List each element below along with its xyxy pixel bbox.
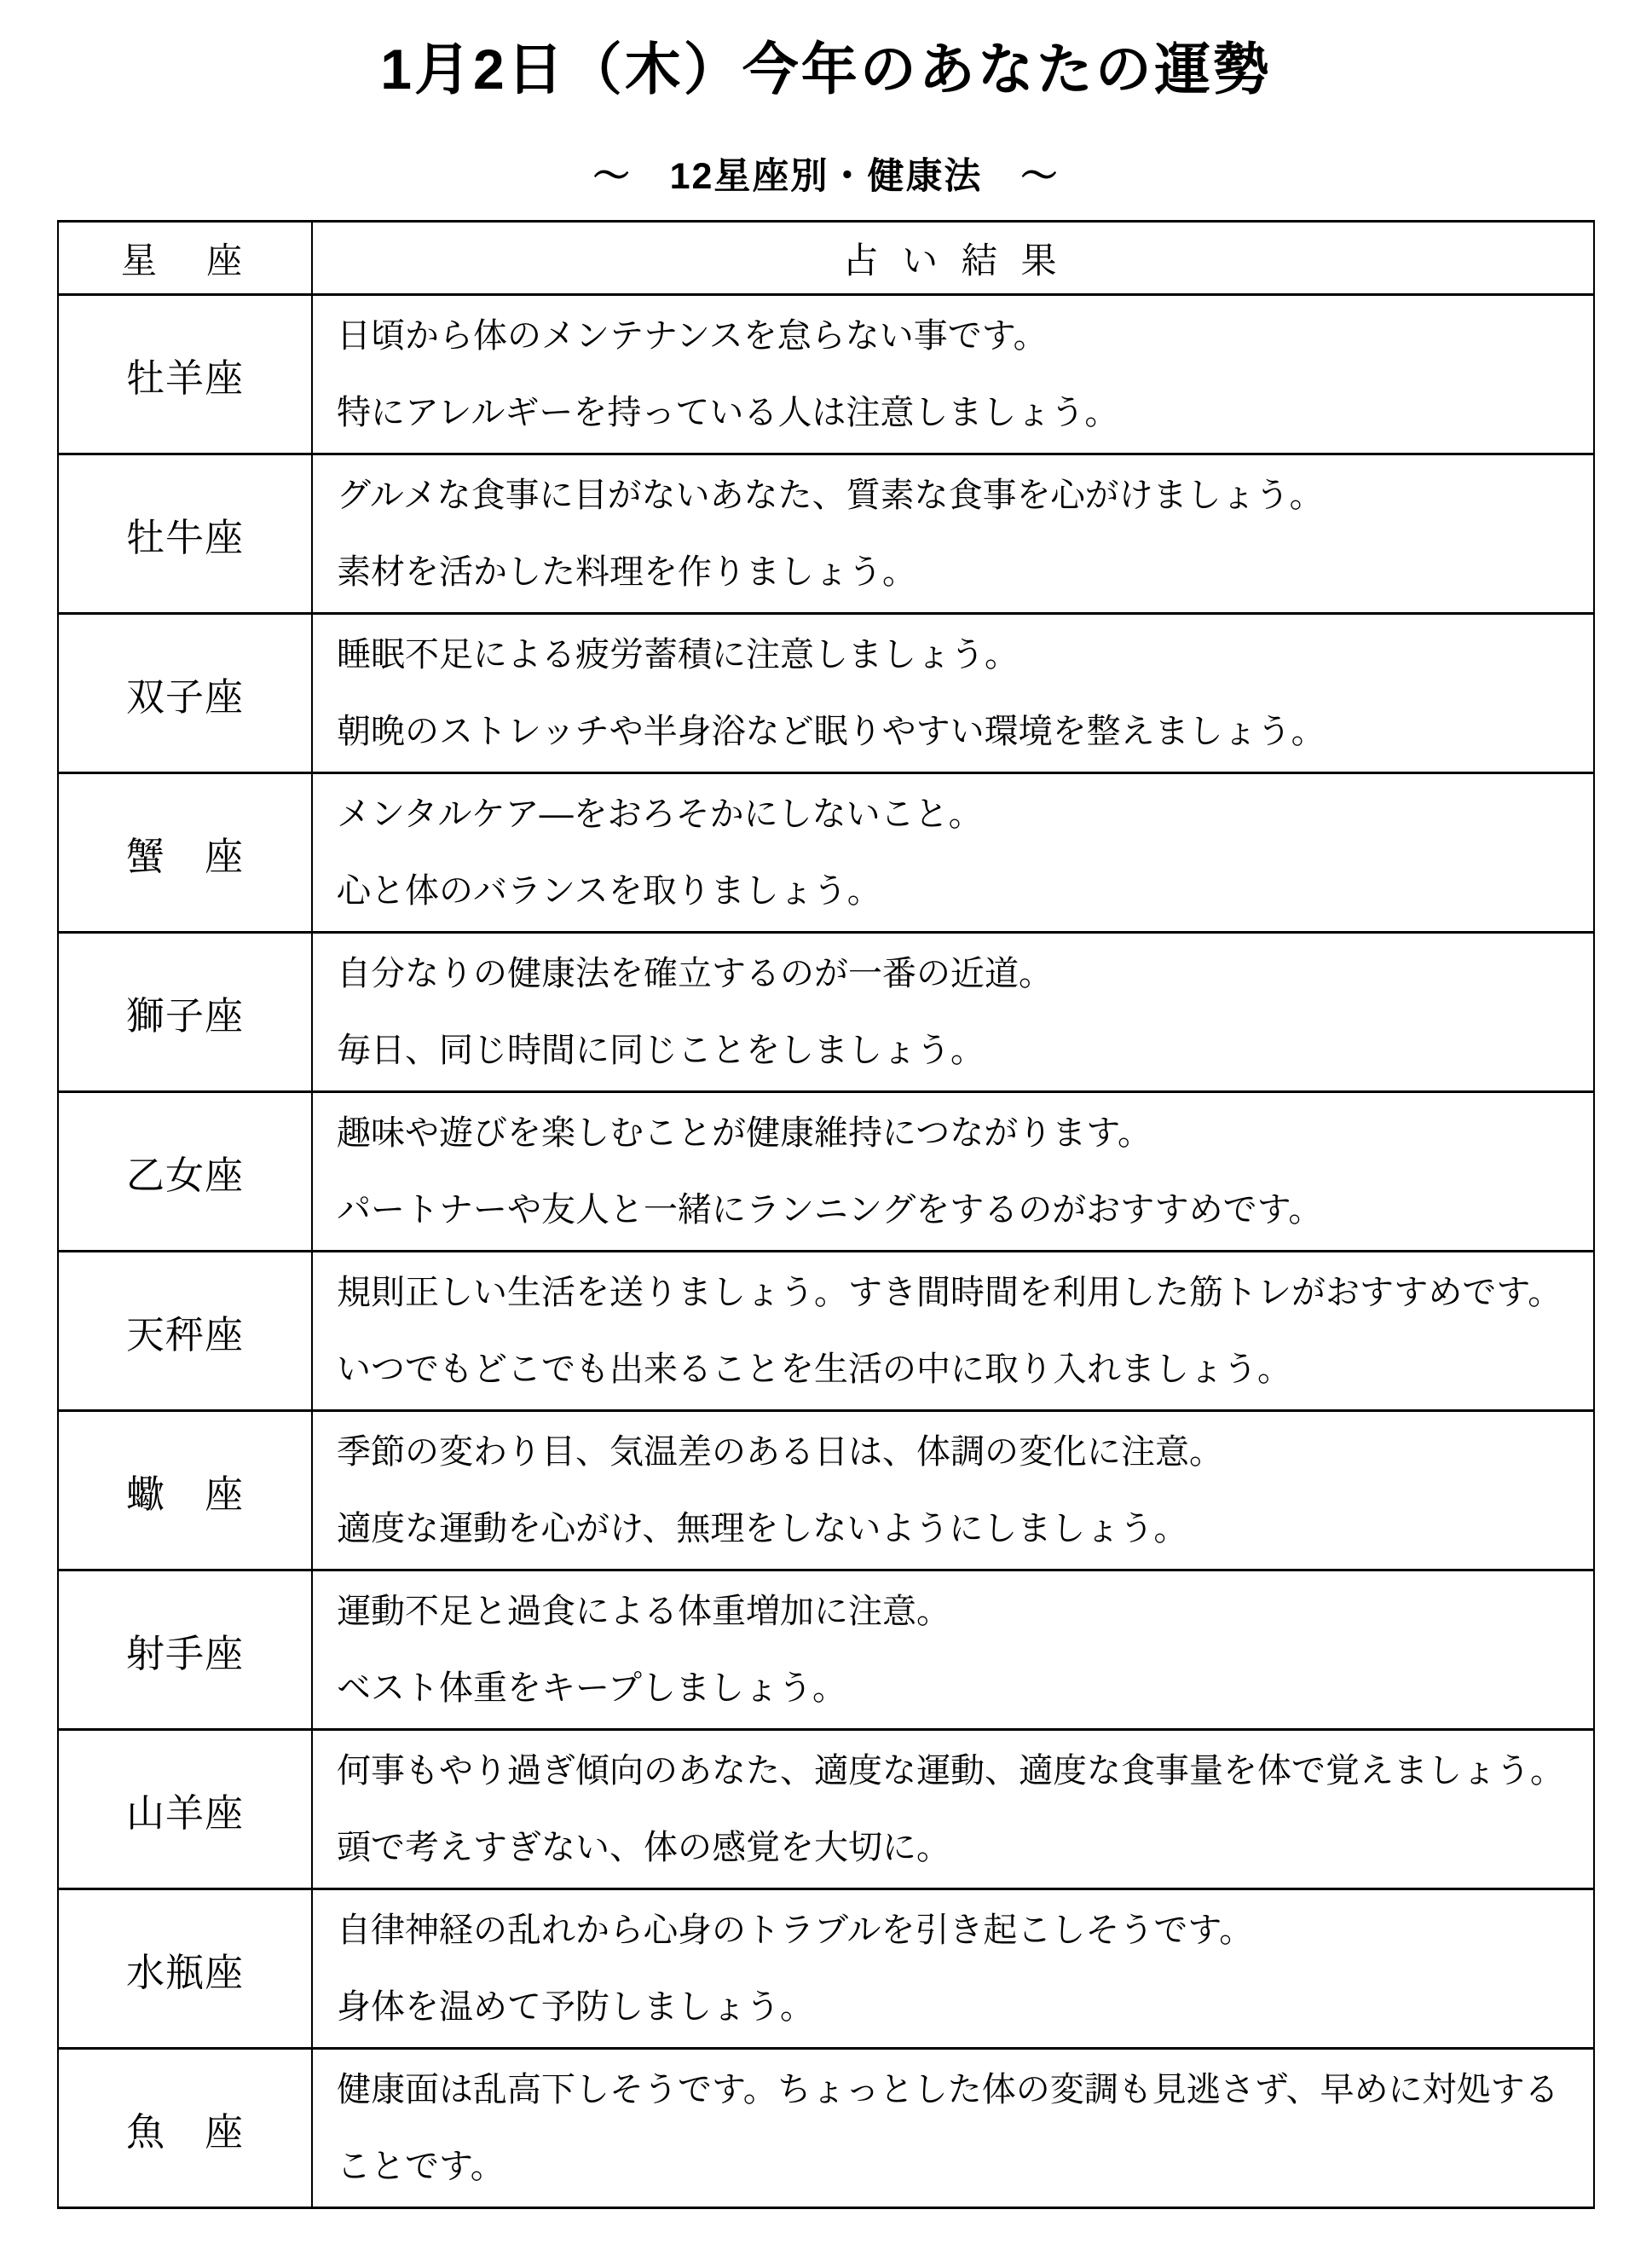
- table-row: 獅子座 自分なりの健康法を確立するのが一番の近道。毎日、同じ時間に同じことをしま…: [58, 933, 1594, 1092]
- fortune-line: 規則正しい生活を送りましょう。すき間時間を利用した筋トレがおすすめです。: [337, 1254, 1578, 1331]
- fortune-line: 朝晩のストレッチや半身浴など眠りやすい環境を整えましょう。: [337, 693, 1578, 770]
- fortune-result-cell: メンタルケア―をおろそかにしないこと。心と体のバランスを取りましょう。: [312, 773, 1594, 933]
- fortune-result-cell: 規則正しい生活を送りましょう。すき間時間を利用した筋トレがおすすめです。いつでも…: [312, 1252, 1594, 1411]
- fortune-line: 心と体のバランスを取りましょう。: [337, 853, 1578, 929]
- fortune-line: 適度な運動を心がけ、無理をしないようにしましょう。: [337, 1490, 1578, 1567]
- table-header-row: 星 座 占 い 結 果: [58, 222, 1594, 295]
- table-row: 蠍 座 季節の変わり目、気温差のある日は、体調の変化に注意。適度な運動を心がけ、…: [58, 1411, 1594, 1570]
- zodiac-sign-label: 射手座: [58, 1570, 312, 1730]
- horoscope-table: 星 座 占 い 結 果 牡羊座 日頃から体のメンテナンスを怠らない事です。特にア…: [57, 220, 1595, 2209]
- fortune-result-cell: 健康面は乱高下しそうです。ちょっとした体の変調も見逃さず、早めに対処することです…: [312, 2049, 1594, 2208]
- table-row: 山羊座 何事もやり過ぎ傾向のあなた、適度な運動、適度な食事量を体で覚えましょう。…: [58, 1730, 1594, 1889]
- fortune-line: ベスト体重をキープしましょう。: [337, 1650, 1578, 1727]
- fortune-result-cell: 自律神経の乱れから心身のトラブルを引き起こしそうです。身体を温めて予防しましょう…: [312, 1889, 1594, 2049]
- zodiac-sign-label: 双子座: [58, 614, 312, 773]
- header-result: 占 い 結 果: [312, 222, 1594, 295]
- table-row: 蟹 座 メンタルケア―をおろそかにしないこと。心と体のバランスを取りましょう。: [58, 773, 1594, 933]
- zodiac-sign-label: 水瓶座: [58, 1889, 312, 2049]
- zodiac-sign-label: 乙女座: [58, 1092, 312, 1252]
- fortune-line: 日頃から体のメンテナンスを怠らない事です。: [337, 298, 1578, 374]
- fortune-line: 頭で考えすぎない、体の感覚を大切に。: [337, 1809, 1578, 1886]
- fortune-line: いつでもどこでも出来ることを生活の中に取り入れましょう。: [337, 1331, 1578, 1408]
- table-body: 牡羊座 日頃から体のメンテナンスを怠らない事です。特にアレルギーを持っている人は…: [58, 295, 1594, 2208]
- fortune-line: ことです。: [337, 2128, 1578, 2205]
- fortune-line: 毎日、同じ時間に同じことをしましょう。: [337, 1012, 1578, 1089]
- zodiac-sign-label: 牡牛座: [58, 454, 312, 614]
- zodiac-sign-label: 蠍 座: [58, 1411, 312, 1570]
- page-title: 1月2日（木）今年のあなたの運勢: [0, 36, 1652, 103]
- fortune-result-cell: グルメな食事に目がないあなた、質素な食事を心がけましょう。素材を活かした料理を作…: [312, 454, 1594, 614]
- zodiac-sign-label: 魚 座: [58, 2049, 312, 2208]
- page-subtitle: ～ 12星座別・健康法 ～: [0, 147, 1652, 200]
- header-sign: 星 座: [58, 222, 312, 295]
- fortune-line: 季節の変わり目、気温差のある日は、体調の変化に注意。: [337, 1414, 1578, 1490]
- fortune-line: 何事もやり過ぎ傾向のあなた、適度な運動、適度な食事量を体で覚えましょう。: [337, 1732, 1578, 1809]
- fortune-result-cell: 自分なりの健康法を確立するのが一番の近道。毎日、同じ時間に同じことをしましょう。: [312, 933, 1594, 1092]
- table-row: 双子座 睡眠不足による疲労蓄積に注意しましょう。朝晩のストレッチや半身浴など眠り…: [58, 614, 1594, 773]
- fortune-line: 運動不足と過食による体重増加に注意。: [337, 1573, 1578, 1650]
- zodiac-sign-label: 蟹 座: [58, 773, 312, 933]
- table-row: 魚 座 健康面は乱高下しそうです。ちょっとした体の変調も見逃さず、早めに対処する…: [58, 2049, 1594, 2208]
- fortune-line: 睡眠不足による疲労蓄積に注意しましょう。: [337, 616, 1578, 693]
- zodiac-sign-label: 牡羊座: [58, 295, 312, 454]
- table-row: 水瓶座 自律神経の乱れから心身のトラブルを引き起こしそうです。身体を温めて予防し…: [58, 1889, 1594, 2049]
- table-row: 射手座 運動不足と過食による体重増加に注意。ベスト体重をキープしましょう。: [58, 1570, 1594, 1730]
- fortune-line: 自分なりの健康法を確立するのが一番の近道。: [337, 935, 1578, 1012]
- fortune-result-cell: 日頃から体のメンテナンスを怠らない事です。特にアレルギーを持っている人は注意しま…: [312, 295, 1594, 454]
- fortune-line: 健康面は乱高下しそうです。ちょっとした体の変調も見逃さず、早めに対処する: [337, 2051, 1578, 2128]
- zodiac-sign-label: 獅子座: [58, 933, 312, 1092]
- fortune-line: 特にアレルギーを持っている人は注意しましょう。: [337, 374, 1578, 451]
- document-page: 1月2日（木）今年のあなたの運勢 ～ 12星座別・健康法 ～ 星 座 占 い 結…: [0, 0, 1652, 2250]
- fortune-result-cell: 趣味や遊びを楽しむことが健康維持につながります。パートナーや友人と一緒にランニン…: [312, 1092, 1594, 1252]
- fortune-line: 素材を活かした料理を作りましょう。: [337, 534, 1578, 610]
- fortune-result-cell: 睡眠不足による疲労蓄積に注意しましょう。朝晩のストレッチや半身浴など眠りやすい環…: [312, 614, 1594, 773]
- fortune-line: パートナーや友人と一緒にランニングをするのがおすすめです。: [337, 1171, 1578, 1248]
- fortune-result-cell: 季節の変わり目、気温差のある日は、体調の変化に注意。適度な運動を心がけ、無理をし…: [312, 1411, 1594, 1570]
- zodiac-sign-label: 天秤座: [58, 1252, 312, 1411]
- table-row: 牡羊座 日頃から体のメンテナンスを怠らない事です。特にアレルギーを持っている人は…: [58, 295, 1594, 454]
- table-row: 乙女座 趣味や遊びを楽しむことが健康維持につながります。パートナーや友人と一緒に…: [58, 1092, 1594, 1252]
- fortune-line: 自律神経の乱れから心身のトラブルを引き起こしそうです。: [337, 1892, 1578, 1969]
- fortune-line: メンタルケア―をおろそかにしないこと。: [337, 776, 1578, 853]
- zodiac-sign-label: 山羊座: [58, 1730, 312, 1889]
- table-row: 天秤座 規則正しい生活を送りましょう。すき間時間を利用した筋トレがおすすめです。…: [58, 1252, 1594, 1411]
- table-row: 牡牛座 グルメな食事に目がないあなた、質素な食事を心がけましょう。素材を活かした…: [58, 454, 1594, 614]
- fortune-line: 身体を温めて予防しましょう。: [337, 1969, 1578, 2045]
- fortune-result-cell: 何事もやり過ぎ傾向のあなた、適度な運動、適度な食事量を体で覚えましょう。頭で考え…: [312, 1730, 1594, 1889]
- fortune-result-cell: 運動不足と過食による体重増加に注意。ベスト体重をキープしましょう。: [312, 1570, 1594, 1730]
- fortune-line: 趣味や遊びを楽しむことが健康維持につながります。: [337, 1095, 1578, 1171]
- fortune-line: グルメな食事に目がないあなた、質素な食事を心がけましょう。: [337, 457, 1578, 534]
